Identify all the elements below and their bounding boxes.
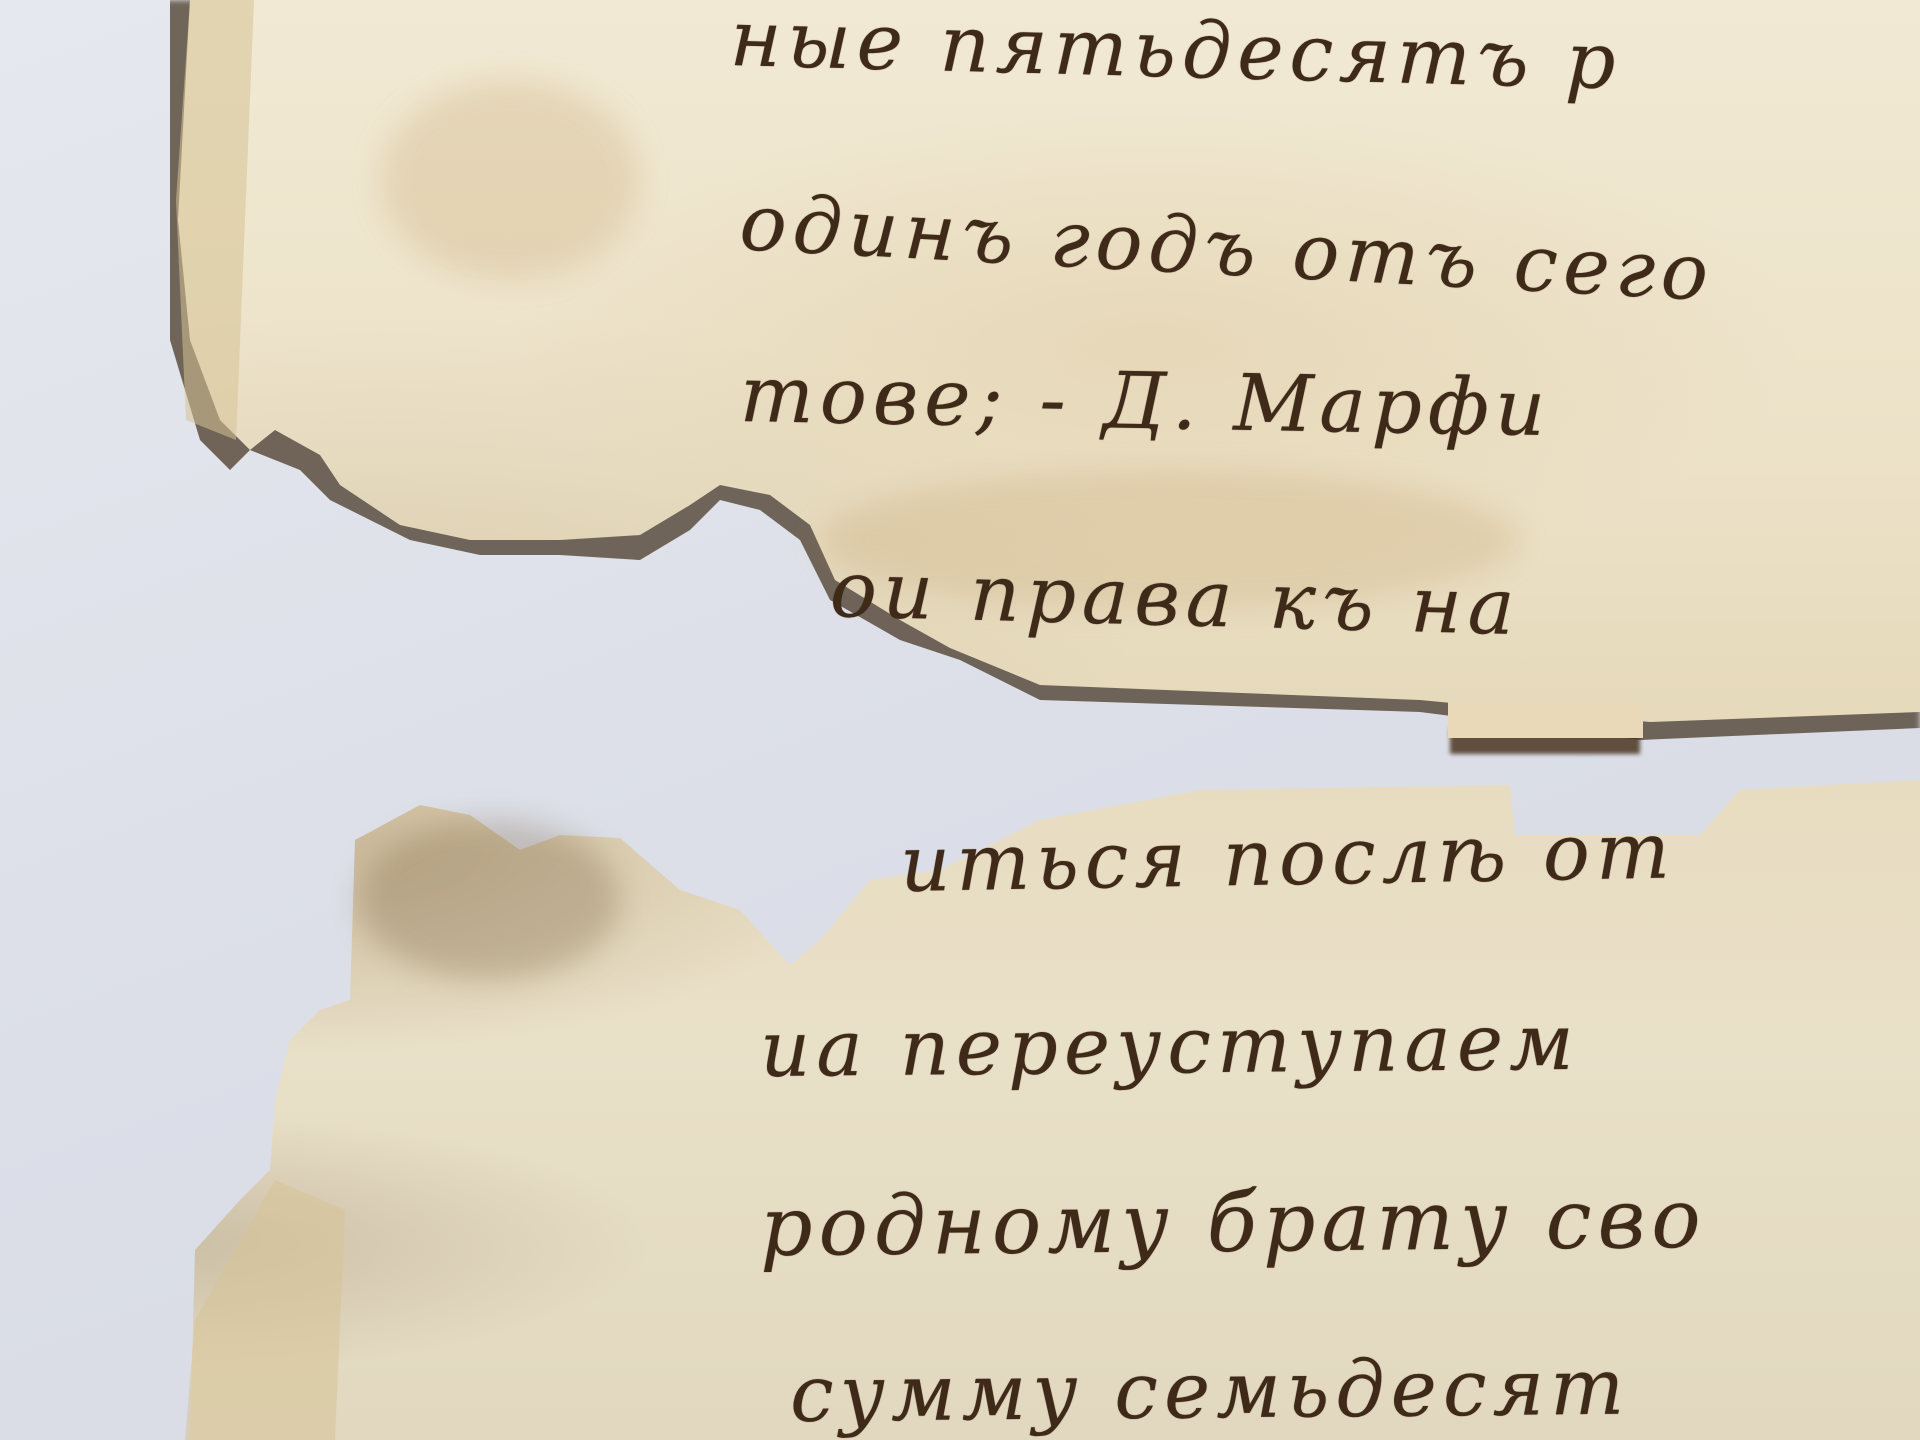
detached-paper-strip [1448, 702, 1643, 738]
handwritten-line: иа переуступаем [760, 998, 1580, 1095]
handwritten-line: тове; - Д. Марфи [739, 350, 1552, 454]
aging-discoloration [360, 820, 620, 980]
lower-paper-fragment: иться послѣ от иа переуступаем родному б… [0, 780, 1920, 1440]
handwritten-line: иться послѣ от [899, 806, 1676, 910]
left-fold-crease [185, 1180, 345, 1440]
handwritten-line: ои права къ на [829, 545, 1522, 653]
handwritten-line: родному брату сво [760, 1172, 1707, 1275]
handwritten-line: сумму семьдесят [790, 1343, 1631, 1440]
upper-paper-fragment: ные пятьдесятъ р одинъ годъ отъ сего тов… [0, 0, 1920, 760]
water-stain [380, 80, 640, 280]
